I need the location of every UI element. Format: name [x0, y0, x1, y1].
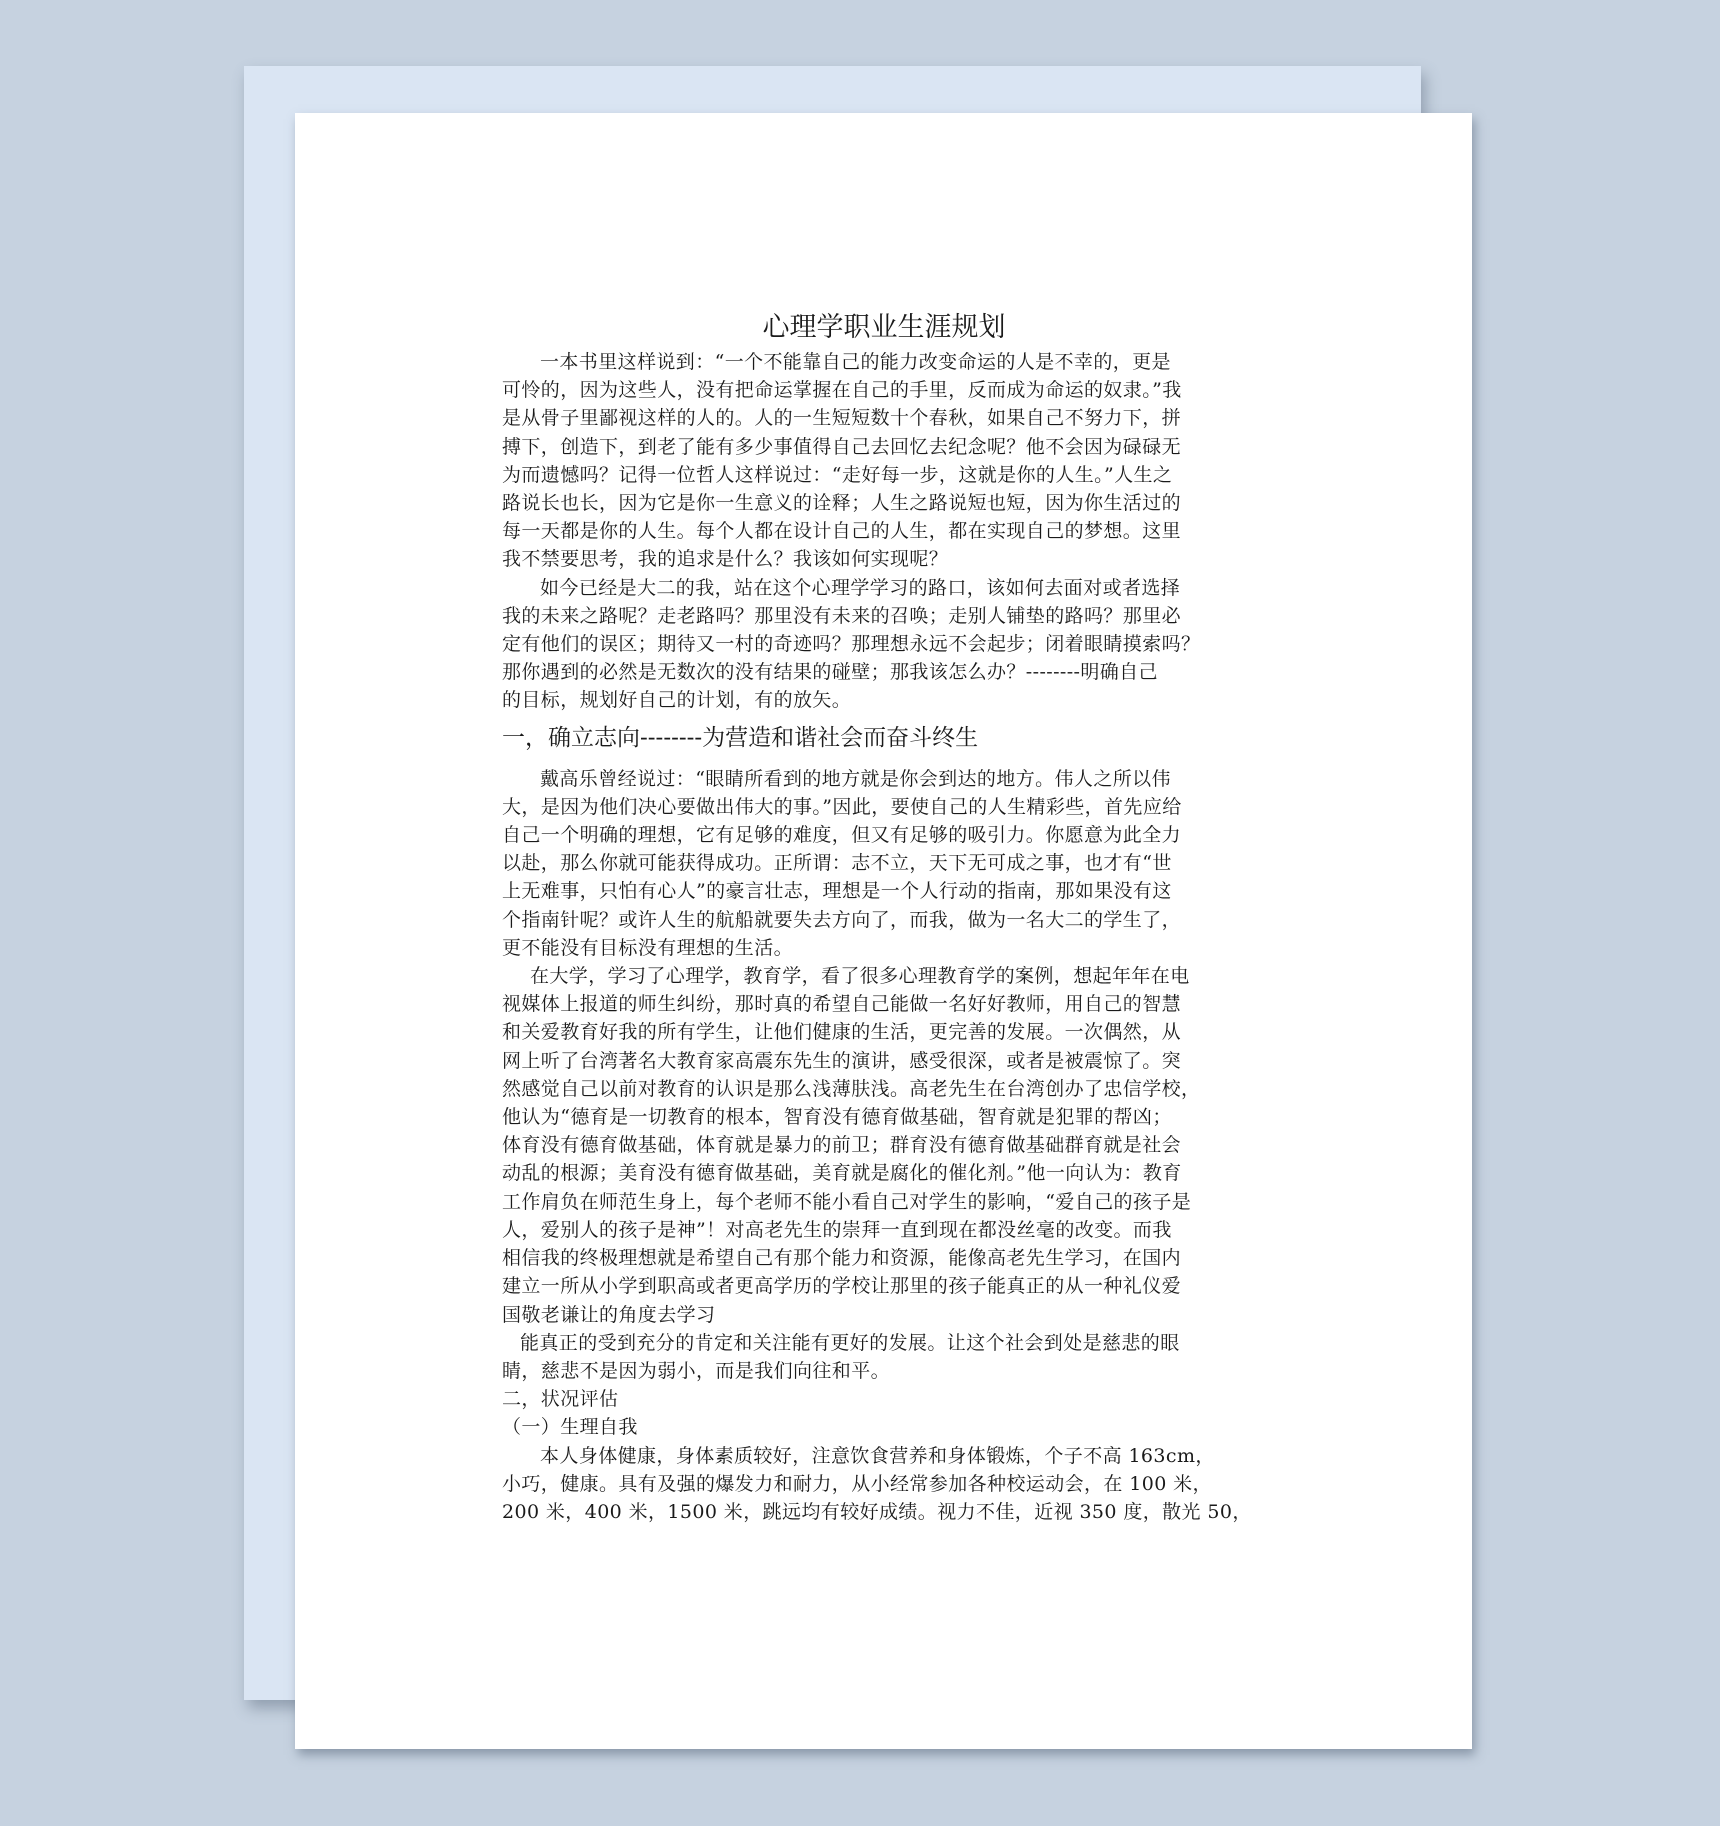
subsection-heading: （一）生理自我: [502, 1413, 1282, 1441]
text-line: 相信我的终极理想就是希望自己有那个能力和资源，能像高老先生学习，在国内: [502, 1244, 1282, 1272]
text-line: 体育没有德育做基础，体育就是暴力的前卫；群育没有德育做基础群育就是社会: [502, 1131, 1282, 1159]
paragraph-physical-self: 本人身体健康，身体素质较好，注意饮食营养和身体锻炼，个子不高 163cm， 小巧…: [502, 1442, 1282, 1527]
text-line: 小巧，健康。具有及强的爆发力和耐力，从小经常参加各种校运动会，在 100 米，: [502, 1470, 1282, 1498]
text-line: 能真正的受到充分的肯定和关注能有更好的发展。让这个社会到处是慈悲的眼: [502, 1329, 1282, 1357]
text-line: 本人身体健康，身体素质较好，注意饮食营养和身体锻炼，个子不高 163cm，: [502, 1442, 1282, 1470]
text-line: 是从骨子里鄙视这样的人的。人的一生短短数十个春秋，如果自己不努力下，拼: [502, 404, 1282, 432]
paragraph-crossroads: 如今已经是大二的我，站在这个心理学学习的路口，该如何去面对或者选择 我的未来之路…: [502, 574, 1282, 715]
front-page-sheet: 心理学职业生涯规划 一本书里这样说到：“一个不能靠自己的能力改变命运的人是不幸的…: [295, 113, 1472, 1749]
text-line: 一本书里这样说到：“一个不能靠自己的能力改变命运的人是不幸的，更是: [502, 348, 1282, 376]
paragraph-intro: 一本书里这样说到：“一个不能靠自己的能力改变命运的人是不幸的，更是 可怜的，因为…: [502, 348, 1282, 574]
text-line: 我的未来之路呢？走老路吗？那里没有未来的召唤；走别人铺垫的路吗？那里必: [502, 602, 1282, 630]
text-line: 上无难事，只怕有心人”的豪言壮志，理想是一个人行动的指南，那如果没有这: [502, 877, 1282, 905]
section-heading-2: 二，状况评估: [502, 1385, 1282, 1413]
text-line: 建立一所从小学到职高或者更高学历的学校让那里的孩子能真正的从一种礼仪爱: [502, 1272, 1282, 1300]
text-line: 可怜的，因为这些人，没有把命运掌握在自己的手里，反而成为命运的奴隶。”我: [502, 376, 1282, 404]
text-line: 大，是因为他们决心要做出伟大的事。”因此，要使自己的人生精彩些，首先应给: [502, 793, 1282, 821]
text-line: 自己一个明确的理想，它有足够的难度，但又有足够的吸引力。你愿意为此全力: [502, 821, 1282, 849]
text-line: 的目标，规划好自己的计划，有的放矢。: [502, 686, 1282, 714]
text-line: 搏下，创造下，到老了能有多少事值得自己去回忆去纪念呢？他不会因为碌碌无: [502, 433, 1282, 461]
text-line: 我不禁要思考，我的追求是什么？我该如何实现呢？: [502, 545, 1282, 573]
text-line: 戴高乐曾经说过：“眼睛所看到的地方就是你会到达的地方。伟人之所以伟: [502, 765, 1282, 793]
text-line: 视媒体上报道的师生纠纷，那时真的希望自己能做一名好好教师，用自己的智慧: [502, 990, 1282, 1018]
text-line: 为而遗憾吗？记得一位哲人这样说过：“走好每一步，这就是你的人生。”人生之: [502, 461, 1282, 489]
text-line: 然感觉自己以前对教育的认识是那么浅薄肤浅。高老先生在台湾创办了忠信学校，: [502, 1075, 1282, 1103]
text-line: 网上听了台湾著名大教育家高震东先生的演讲，感受很深，或者是被震惊了。突: [502, 1047, 1282, 1075]
text-line: 睛，慈悲不是因为弱小，而是我们向往和平。: [502, 1357, 1282, 1385]
text-line: 动乱的根源；美育没有德育做基础，美育就是腐化的催化剂。”他一向认为：教育: [502, 1159, 1282, 1187]
text-line: 更不能没有目标没有理想的生活。: [502, 934, 1282, 962]
text-line: 200 米，400 米，1500 米，跳远均有较好成绩。视力不佳，近视 350 …: [502, 1498, 1282, 1526]
text-line: 国敬老谦让的角度去学习: [502, 1301, 1282, 1329]
text-line: 和关爱教育好我的所有学生，让他们健康的生活，更完善的发展。一次偶然，从: [502, 1018, 1282, 1046]
document-title: 心理学职业生涯规划: [502, 310, 1264, 346]
text-line: 以赴，那么你就可能获得成功。正所谓：志不立，天下无可成之事，也才有“世: [502, 849, 1282, 877]
document-body: 心理学职业生涯规划 一本书里这样说到：“一个不能靠自己的能力改变命运的人是不幸的…: [502, 310, 1282, 1526]
text-line: 他认为“德育是一切教育的根本，智育没有德育做基础，智育就是犯罪的帮凶；: [502, 1103, 1282, 1131]
paragraph-university: 在大学，学习了心理学，教育学，看了很多心理教育学的案例，想起年年在电 视媒体上报…: [502, 962, 1282, 1329]
text-line: 定有他们的误区；期待又一村的奇迹吗？那理想永远不会起步；闭着眼睛摸索吗？: [502, 630, 1282, 658]
text-line: 如今已经是大二的我，站在这个心理学学习的路口，该如何去面对或者选择: [502, 574, 1282, 602]
text-line: 在大学，学习了心理学，教育学，看了很多心理教育学的案例，想起年年在电: [502, 962, 1282, 990]
paragraph-de-gaulle: 戴高乐曾经说过：“眼睛所看到的地方就是你会到达的地方。伟人之所以伟 大，是因为他…: [502, 765, 1282, 962]
text-line: 那你遇到的必然是无数次的没有结果的碰壁；那我该怎么办？--------明确自己: [502, 658, 1282, 686]
text-line: 工作肩负在师范生身上，每个老师不能小看自己对学生的影响，“爱自己的孩子是: [502, 1188, 1282, 1216]
text-line: 人，爱别人的孩子是神”！对高老先生的崇拜一直到现在都没丝毫的改变。而我: [502, 1216, 1282, 1244]
text-line: 路说长也长，因为它是你一生意义的诠释；人生之路说短也短，因为你生活过的: [502, 489, 1282, 517]
section-heading-1: 一，确立志向--------为营造和谐社会而奋斗终生: [502, 721, 1282, 755]
text-line: 个指南针呢？或许人生的航船就要失去方向了，而我，做为一名大二的学生了，: [502, 906, 1282, 934]
paragraph-compassion: 能真正的受到充分的肯定和关注能有更好的发展。让这个社会到处是慈悲的眼 睛，慈悲不…: [502, 1329, 1282, 1385]
text-line: 每一天都是你的人生。每个人都在设计自己的人生，都在实现自己的梦想。这里: [502, 517, 1282, 545]
